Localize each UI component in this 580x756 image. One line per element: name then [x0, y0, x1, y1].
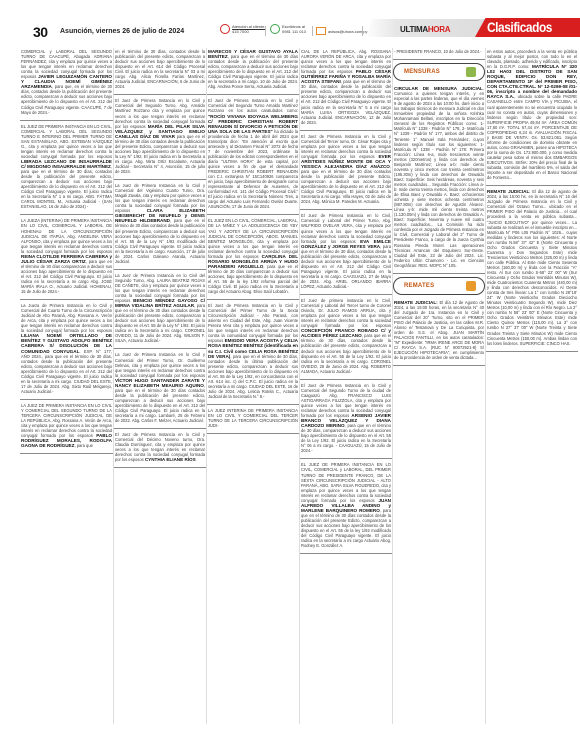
column-2: en el término de 30 días, contados desde… [113, 48, 206, 724]
notice-code [21, 294, 112, 297]
notice-text: , para que en el término de 30 días cont… [301, 164, 391, 204]
divider [362, 26, 363, 36]
notice-text: ha dictado la providencia de fecha 1 de … [208, 129, 298, 210]
legal-notice: La Juez de Primera Instancia en lo Civil… [114, 351, 206, 429]
notice-text: . Comunico a quienes tengan interés, y e… [394, 86, 484, 268]
notice-text: , para que en el término de 30 días cont… [301, 508, 391, 548]
notice-parties: VÍCTOR HUGO SANTANDER ZARATE Y NANCY ELI… [115, 378, 205, 388]
whatsapp-icon [270, 24, 280, 34]
notice-text: , para que en el término de 30 días, con… [208, 354, 298, 399]
classifieds-columns: COMERCIAL y LABORAL DEL SEGUNDO TURNO DE… [20, 48, 580, 748]
notice-text: El Juez de Primera Instancia en lo Civil… [208, 98, 298, 113]
phone-icon [220, 24, 230, 34]
notice-text: EL JUEZ EN LO CIVIL, COMERCIAL, LABORAL,… [208, 218, 298, 258]
column-6: en estos autos, procederá a la venta en … [485, 48, 578, 724]
notice-text: , para que en el término de 30 días comp… [21, 259, 112, 294]
gavel-icon [466, 281, 476, 291]
notice-text: , para que en el término de 30 días, con… [301, 244, 391, 289]
divider [312, 26, 313, 36]
legal-notice: El Juez de Primera Instancia en lo Civil… [300, 382, 392, 460]
notice-text: LA JUEZA (INTERINA) DE PRIMERA INSTANCIA… [21, 218, 112, 253]
notice-text: EL JUEZ DE PRIMERA INSTANCIA EN LO CIVIL… [21, 124, 112, 159]
survey-icon [466, 67, 476, 77]
section-title: MENSURAS [404, 69, 440, 75]
notice-code [301, 289, 391, 292]
legal-notice: en estos autos, procederá a la venta en … [486, 48, 578, 186]
notice-code [301, 453, 391, 456]
notice-code [115, 423, 205, 426]
contact-value: 0981 111 013 [282, 29, 306, 34]
notice-code [487, 346, 577, 349]
notice-code [115, 264, 205, 267]
notice-code [21, 394, 112, 397]
notice-text: El Juez de primera instancia en lo Civil… [301, 298, 391, 328]
notice-code [301, 374, 391, 377]
notice-code [115, 343, 205, 346]
legal-notice: MARECOS Y CÉSAR GUSTAVO AYALA BENÍTEZ, p… [207, 48, 299, 95]
notice-code [301, 125, 391, 128]
divider [265, 26, 266, 36]
legal-notice: La Jueza de Primera Instancia en lo Civi… [20, 302, 113, 400]
legal-notice: El Juez de Primera Instancia en lo Civil… [207, 302, 299, 405]
notice-text: , para que, en el término de 30 días, co… [21, 84, 112, 114]
legal-notice: REMATE JUDICIAL: El día 12 de agosto de … [486, 188, 578, 351]
notice-text: EL JUEZ DE PRIMERA INSTANCIA EN LO CIVIL… [301, 462, 391, 502]
section-title: REMATES [404, 283, 434, 289]
notice-code [115, 174, 205, 177]
notice-text: en el término de 30 días, contados desde… [115, 49, 205, 89]
notice-text: , para que [74, 443, 92, 448]
notice-code [115, 89, 205, 92]
notice-text: , para que en el término de 30 días cont… [115, 218, 205, 263]
notice-text: , para que en el término de 30 días cont… [115, 383, 205, 423]
notice-code [21, 115, 112, 118]
notice-code [21, 209, 112, 212]
notice-code [208, 89, 298, 92]
legal-notice: EL JUEZ DE PRIMERA INSTANCIA EN LO CIVIL… [20, 123, 113, 216]
notice-text: para que en el término de 30 días contad… [115, 134, 205, 174]
page-header: 30 Asunción, viernes 26 de julio de 2024… [0, 0, 580, 36]
legal-notice: El Juez de Primera Instancia en lo Civil… [207, 97, 299, 215]
notice-text: LA JUEZ INTERINA DE PRIMERA INSTANCIA EN… [208, 408, 298, 428]
legal-notice: LA JUEZA (INTERINA) DE PRIMERA INSTANCIA… [20, 217, 113, 300]
notice-code [21, 448, 112, 451]
notice-text: La Jueza de Primera Instancia en lo Civi… [21, 303, 112, 333]
notice-text: El día 12 de Agosto de 2024, a las 15:00… [394, 300, 484, 361]
legal-notice: - PRESIDENTE FRANCO, 10 de Julio de 2024… [393, 48, 485, 60]
page-number: 30 [33, 24, 48, 40]
notice-code [208, 428, 298, 431]
column-5: - PRESIDENTE FRANCO, 10 de Julio de 2024… [392, 48, 485, 724]
legal-notice: EL JUEZ DE PRIMERA INSTANCIA EN LO CIVIL… [300, 461, 392, 554]
whatsapp-contact[interactable]: Escríbinos al 0981 111 013 [270, 24, 306, 34]
legal-notice: El Juez de Primera Instancia en lo Civil… [300, 212, 392, 295]
legal-notice: en el término de 30 días, contados desde… [114, 48, 206, 95]
legal-notice: REMATE JUDICIAL: El día 12 de Agosto de … [393, 299, 485, 367]
notice-code [301, 548, 391, 551]
column-4: CIAL DE LA REPÚBLICA, Abg. ROSSANA AUROR… [299, 48, 392, 724]
notice-code [208, 209, 298, 212]
legal-notice: COMERCIAL y LABORAL DEL SEGUNDO TURNO DE… [20, 48, 113, 121]
legal-notice: CIRCULAR DE MENSURA JUDICIAL. Comunico a… [393, 85, 485, 274]
legal-notice: La Juez de Primera Instancia en lo Civil… [114, 182, 206, 270]
notice-text: : El día 12 de agosto de 2024, a las 15:… [487, 189, 577, 345]
notice-code [394, 54, 484, 57]
column-1: COMERCIAL y LABORAL DEL SEGUNDO TURNO DE… [20, 48, 113, 724]
email-icon [316, 27, 326, 35]
notice-code [208, 399, 298, 402]
section-title: Clasificados [487, 19, 552, 35]
notice-text: , para que en el término de 30 días, con… [301, 333, 391, 373]
contact-value: 415 7000 [232, 29, 266, 34]
legal-notice: La Juez de Primera Instancia en lo Civil… [114, 272, 206, 350]
notice-code [394, 360, 484, 363]
section-header-mensuras: MENSURAS [393, 63, 485, 81]
legal-notice: EL JUEZ EN LO CIVIL, COMERCIAL, LABORAL,… [207, 217, 299, 300]
legal-notice: El Juez de Primera Instancia en lo Civil… [300, 133, 392, 211]
notice-text: , para que en el término de 30 días, com… [301, 423, 391, 453]
dateline: Asunción, viernes 26 de julio de 2024 [60, 28, 184, 35]
section-header-remates: REMATES [393, 277, 485, 295]
notice-text: , para que en el término de 30 días comp… [208, 264, 298, 294]
notice-text: , para que en el término de 30 días, con… [301, 79, 391, 124]
notice-code [115, 462, 205, 465]
legal-notice: LA JUEZ DE PRIMERA INSTANCIA EN LO CIVIL… [20, 402, 113, 454]
legal-notice: El Juez de Primera Instancia en lo Civil… [114, 431, 206, 468]
notice-code [208, 294, 298, 297]
notice-text: . EXP. N° 177, AÑO 2024., para que en el… [21, 349, 112, 394]
notice-text: - PRESIDENTE FRANCO, 10 de Julio de 2024… [394, 49, 482, 54]
legal-notice: El Juez de primera instancia en lo Civil… [300, 297, 392, 380]
notice-text: La Juez de Primera Instancia en lo Civil… [115, 352, 205, 377]
notice-code [394, 268, 484, 271]
ultima-hora-logo: ULTIMAHORA [400, 25, 450, 34]
legal-notice: El Juez de Primera Instancia en lo Civil… [114, 97, 206, 180]
notice-text: , para que en el término de 30 días cont… [208, 54, 298, 89]
email-contact[interactable]: avisos@uhora.com.py [316, 27, 368, 35]
legal-notice: CIAL DE LA REPÚBLICA, Abg. ROSSANA AUROR… [300, 48, 392, 131]
notice-text: , para que en el término de 30 días, con… [21, 164, 112, 209]
customer-service-contact[interactable]: Atención al cliente: 415 7000 [220, 24, 266, 34]
column-3: MARECOS Y CÉSAR GUSTAVO AYALA BENÍTEZ, p… [206, 48, 299, 724]
notice-text: El Juez de Primera Instancia en lo Civil… [208, 303, 298, 343]
notice-text: , ubicado sobre la calle PADRE CASANELLO… [487, 94, 577, 180]
legal-notice: LA JUEZ INTERINA DE PRIMERA INSTANCIA EN… [207, 407, 299, 434]
notice-code [487, 180, 577, 183]
notice-text: , para que en el término de 30 días cont… [115, 303, 205, 343]
notice-parties: LIBRADA LEZCANO DE INSAURRALDE C/ MIGDON… [21, 159, 112, 169]
notice-code [301, 204, 391, 207]
notice-parties: CYNTHIA ELIANE RÍOS [145, 457, 196, 462]
